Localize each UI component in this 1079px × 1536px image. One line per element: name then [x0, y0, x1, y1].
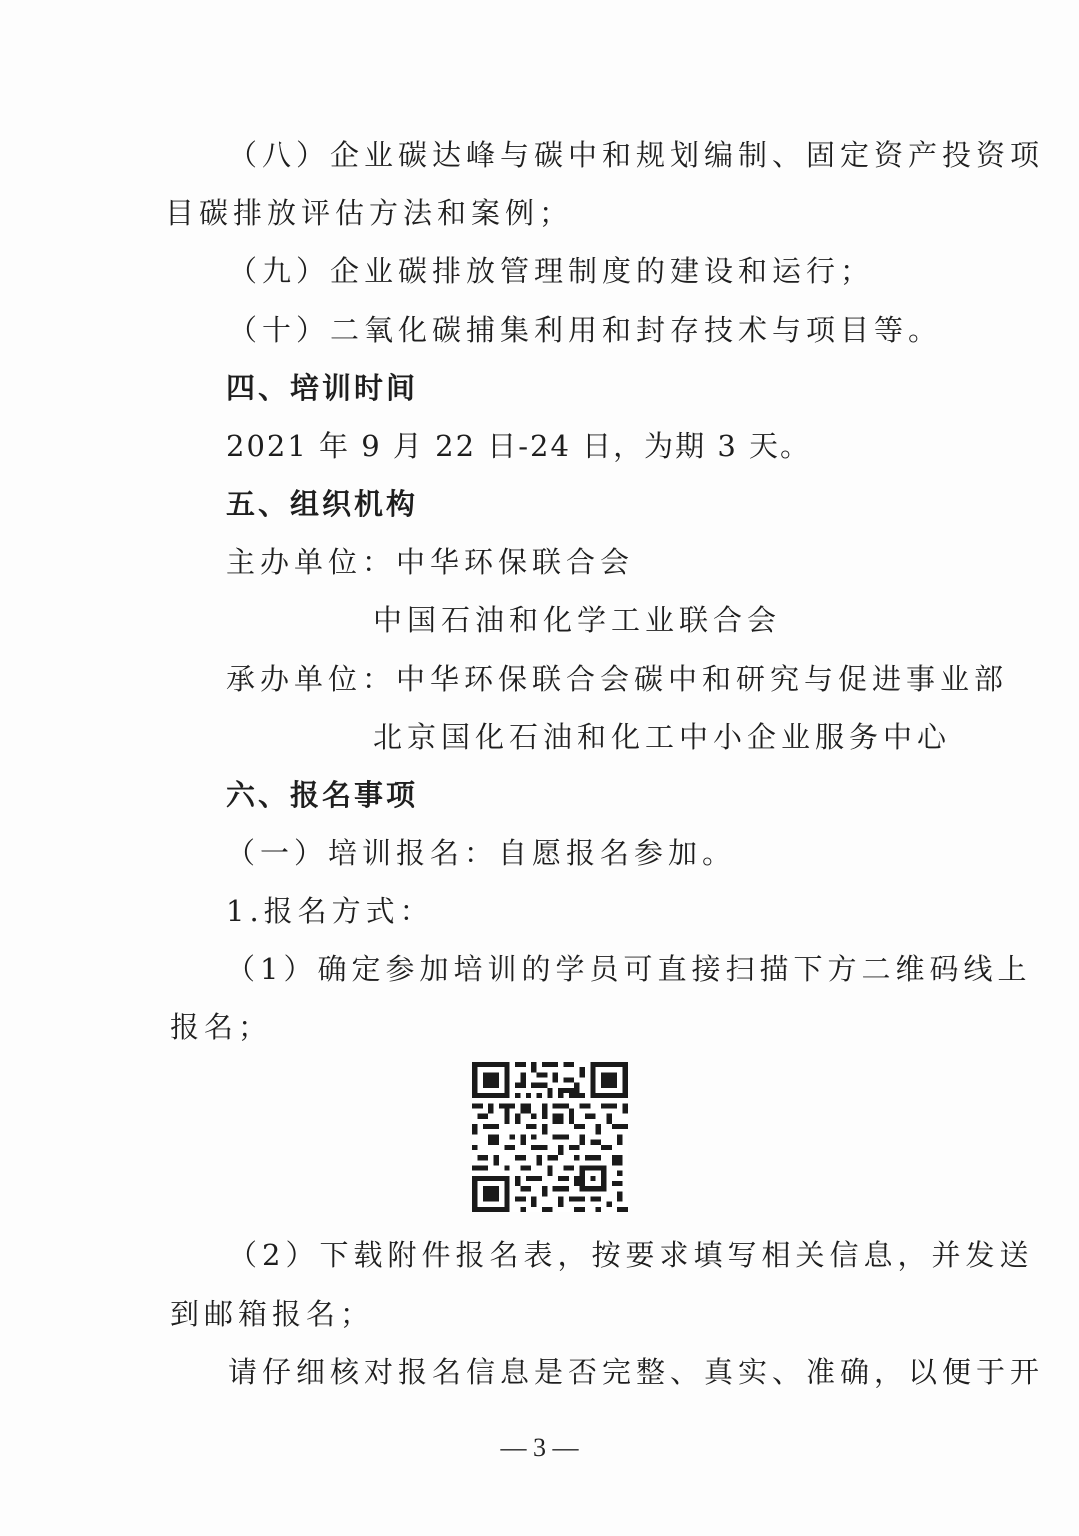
registration-note-line1: 请仔细核对报名信息是否完整、真实、准确，以便于开 — [228, 1352, 1044, 1392]
page-number: — 3 — — [0, 1430, 1079, 1466]
registration-method1-line2: 报名； — [170, 1007, 272, 1047]
registration-method1-line1: （1）确定参加培训的学员可直接扫描下方二维码线上 — [226, 949, 1031, 989]
registration-method-heading: 1.报名方式： — [226, 891, 434, 931]
organizer-units-line1: 承办单位：中华环保联合会碳中和研究与促进事业部 — [226, 659, 1008, 699]
section-heading-organization: 五、组织机构 — [226, 484, 418, 524]
list-item-8-line1: （八）企业碳达峰与碳中和规划编制、固定资产投资项 — [228, 135, 1044, 175]
list-item-8-line2: 目碳排放评估方法和案例； — [165, 193, 573, 233]
list-item-9: （九）企业碳排放管理制度的建设和运行； — [228, 251, 874, 291]
registration-method2-line1: （2）下载附件报名表，按要求填写相关信息，并发送 — [228, 1235, 1033, 1275]
qr-code-icon[interactable] — [472, 1062, 628, 1212]
document-page: （八）企业碳达峰与碳中和规划编制、固定资产投资项 目碳排放评估方法和案例； （九… — [0, 0, 1079, 1536]
organizer-units-line2: 北京国化石油和化工中小企业服务中心 — [373, 717, 951, 757]
section-heading-registration: 六、报名事项 — [226, 775, 418, 815]
registration-method2-line2: 到邮箱报名； — [170, 1294, 374, 1334]
section-heading-training-time: 四、培训时间 — [226, 368, 418, 408]
host-units-line1: 主办单位：中华环保联合会 — [226, 542, 634, 582]
registration-sub1: （一）培训报名：自愿报名参加。 — [226, 833, 736, 873]
host-units-line2: 中国石油和化学工业联合会 — [373, 600, 781, 640]
list-item-10: （十）二氧化碳捕集利用和封存技术与项目等。 — [228, 310, 942, 350]
training-dates: 2021 年 9 月 22 日-24 日，为期 3 天。 — [226, 426, 811, 466]
